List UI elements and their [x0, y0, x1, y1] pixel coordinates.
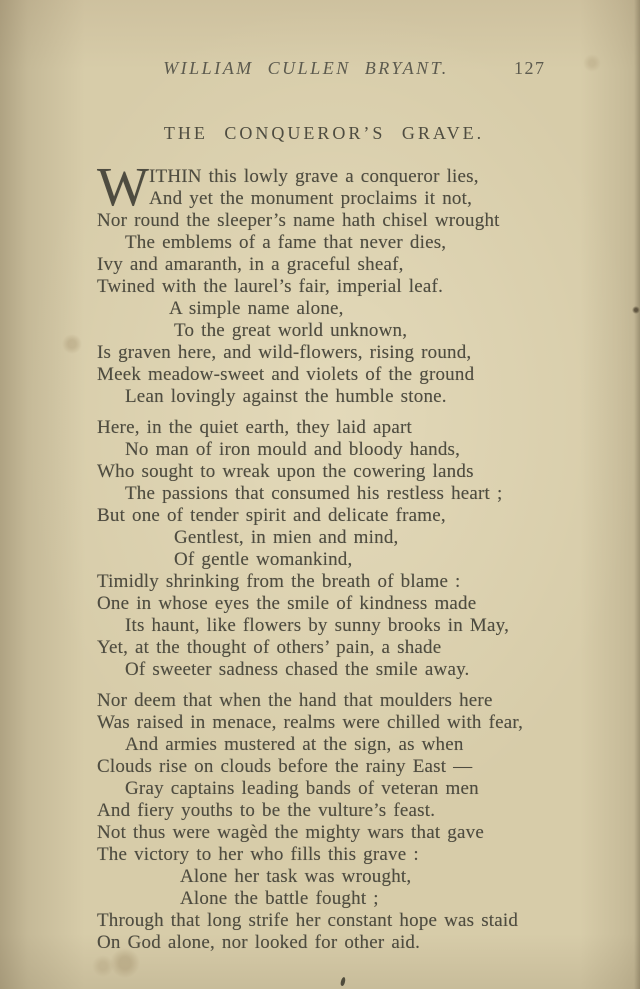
poem-line: And armies mustered at the sign, as when	[125, 734, 610, 756]
poem-line: Who sought to wreak upon the cowering la…	[97, 461, 610, 483]
poem-line: Gray captains leading bands of veteran m…	[125, 778, 610, 800]
poem-line: The victory to her who fills this grave …	[97, 844, 610, 866]
poem-line: One in whose eyes the smile of kindness …	[97, 593, 610, 615]
poem-line: The emblems of a fame that never dies,	[125, 232, 610, 254]
poem-line: Lean lovingly against the humble stone.	[125, 386, 610, 408]
poem-line: WITHIN this lowly grave a conqueror lies…	[97, 166, 610, 188]
poem-line: Timidly shrinking from the breath of bla…	[97, 571, 610, 593]
poem-line: Meek meadow-sweet and violets of the gro…	[97, 364, 610, 386]
poem-line: Through that long strife her constant ho…	[97, 910, 610, 932]
poem-line: Gentlest, in mien and mind,	[174, 527, 610, 549]
poem-line: Of gentle womankind,	[174, 549, 610, 571]
stanza: Here, in the quiet earth, they laid apar…	[97, 417, 610, 681]
poem-line: To the great world unknown,	[174, 320, 610, 342]
dropcap-initial: W	[97, 166, 149, 208]
poem-line: Alone her task was wrought,	[180, 866, 610, 888]
poem-line: Alone the battle fought ;	[180, 888, 610, 910]
poem-line: Of sweeter sadness chased the smile away…	[125, 659, 610, 681]
poem-line: Its haunt, like flowers by sunny brooks …	[125, 615, 610, 637]
poem-line: Clouds rise on clouds before the rainy E…	[97, 756, 610, 778]
poem-line: Was raised in menace, realms were chille…	[97, 712, 610, 734]
poem-line: Here, in the quiet earth, they laid apar…	[97, 417, 610, 439]
page-number: 127	[514, 58, 546, 79]
poem-line: And yet the monument proclaims it not,	[97, 188, 610, 210]
poem-body: WITHIN this lowly grave a conqueror lies…	[97, 166, 610, 963]
poem-line: Nor deem that when the hand that moulder…	[97, 690, 610, 712]
poem-line: No man of iron mould and bloody hands,	[125, 439, 610, 461]
poem-line: Twined with the laurel’s fair, imperial …	[97, 276, 610, 298]
poem-line: But one of tender spirit and delicate fr…	[97, 505, 610, 527]
poem-line: Nor round the sleeper’s name hath chisel…	[97, 210, 610, 232]
poem-line: The passions that consumed his restless …	[125, 483, 610, 505]
poem-line: Ivy and amaranth, in a graceful sheaf,	[97, 254, 610, 276]
poem-line: On God alone, nor looked for other aid.	[97, 932, 610, 954]
ink-mark	[340, 977, 346, 987]
poem-line: A simple name alone,	[169, 298, 610, 320]
poem-line: And fiery youths to be the vulture’s fea…	[97, 800, 610, 822]
stanza: WITHIN this lowly grave a conqueror lies…	[97, 166, 610, 408]
poem-line: Is graven here, and wild-flowers, rising…	[97, 342, 610, 364]
poem-title: THE CONQUEROR’S GRAVE.	[8, 123, 640, 144]
book-page: WILLIAM CULLEN BRYANT. 127 THE CONQUEROR…	[0, 0, 640, 989]
stanza: Nor deem that when the hand that moulder…	[97, 690, 610, 954]
poem-line: Yet, at the thought of others’ pain, a s…	[97, 637, 610, 659]
poem-line: Not thus were wagèd the mighty wars that…	[97, 822, 610, 844]
